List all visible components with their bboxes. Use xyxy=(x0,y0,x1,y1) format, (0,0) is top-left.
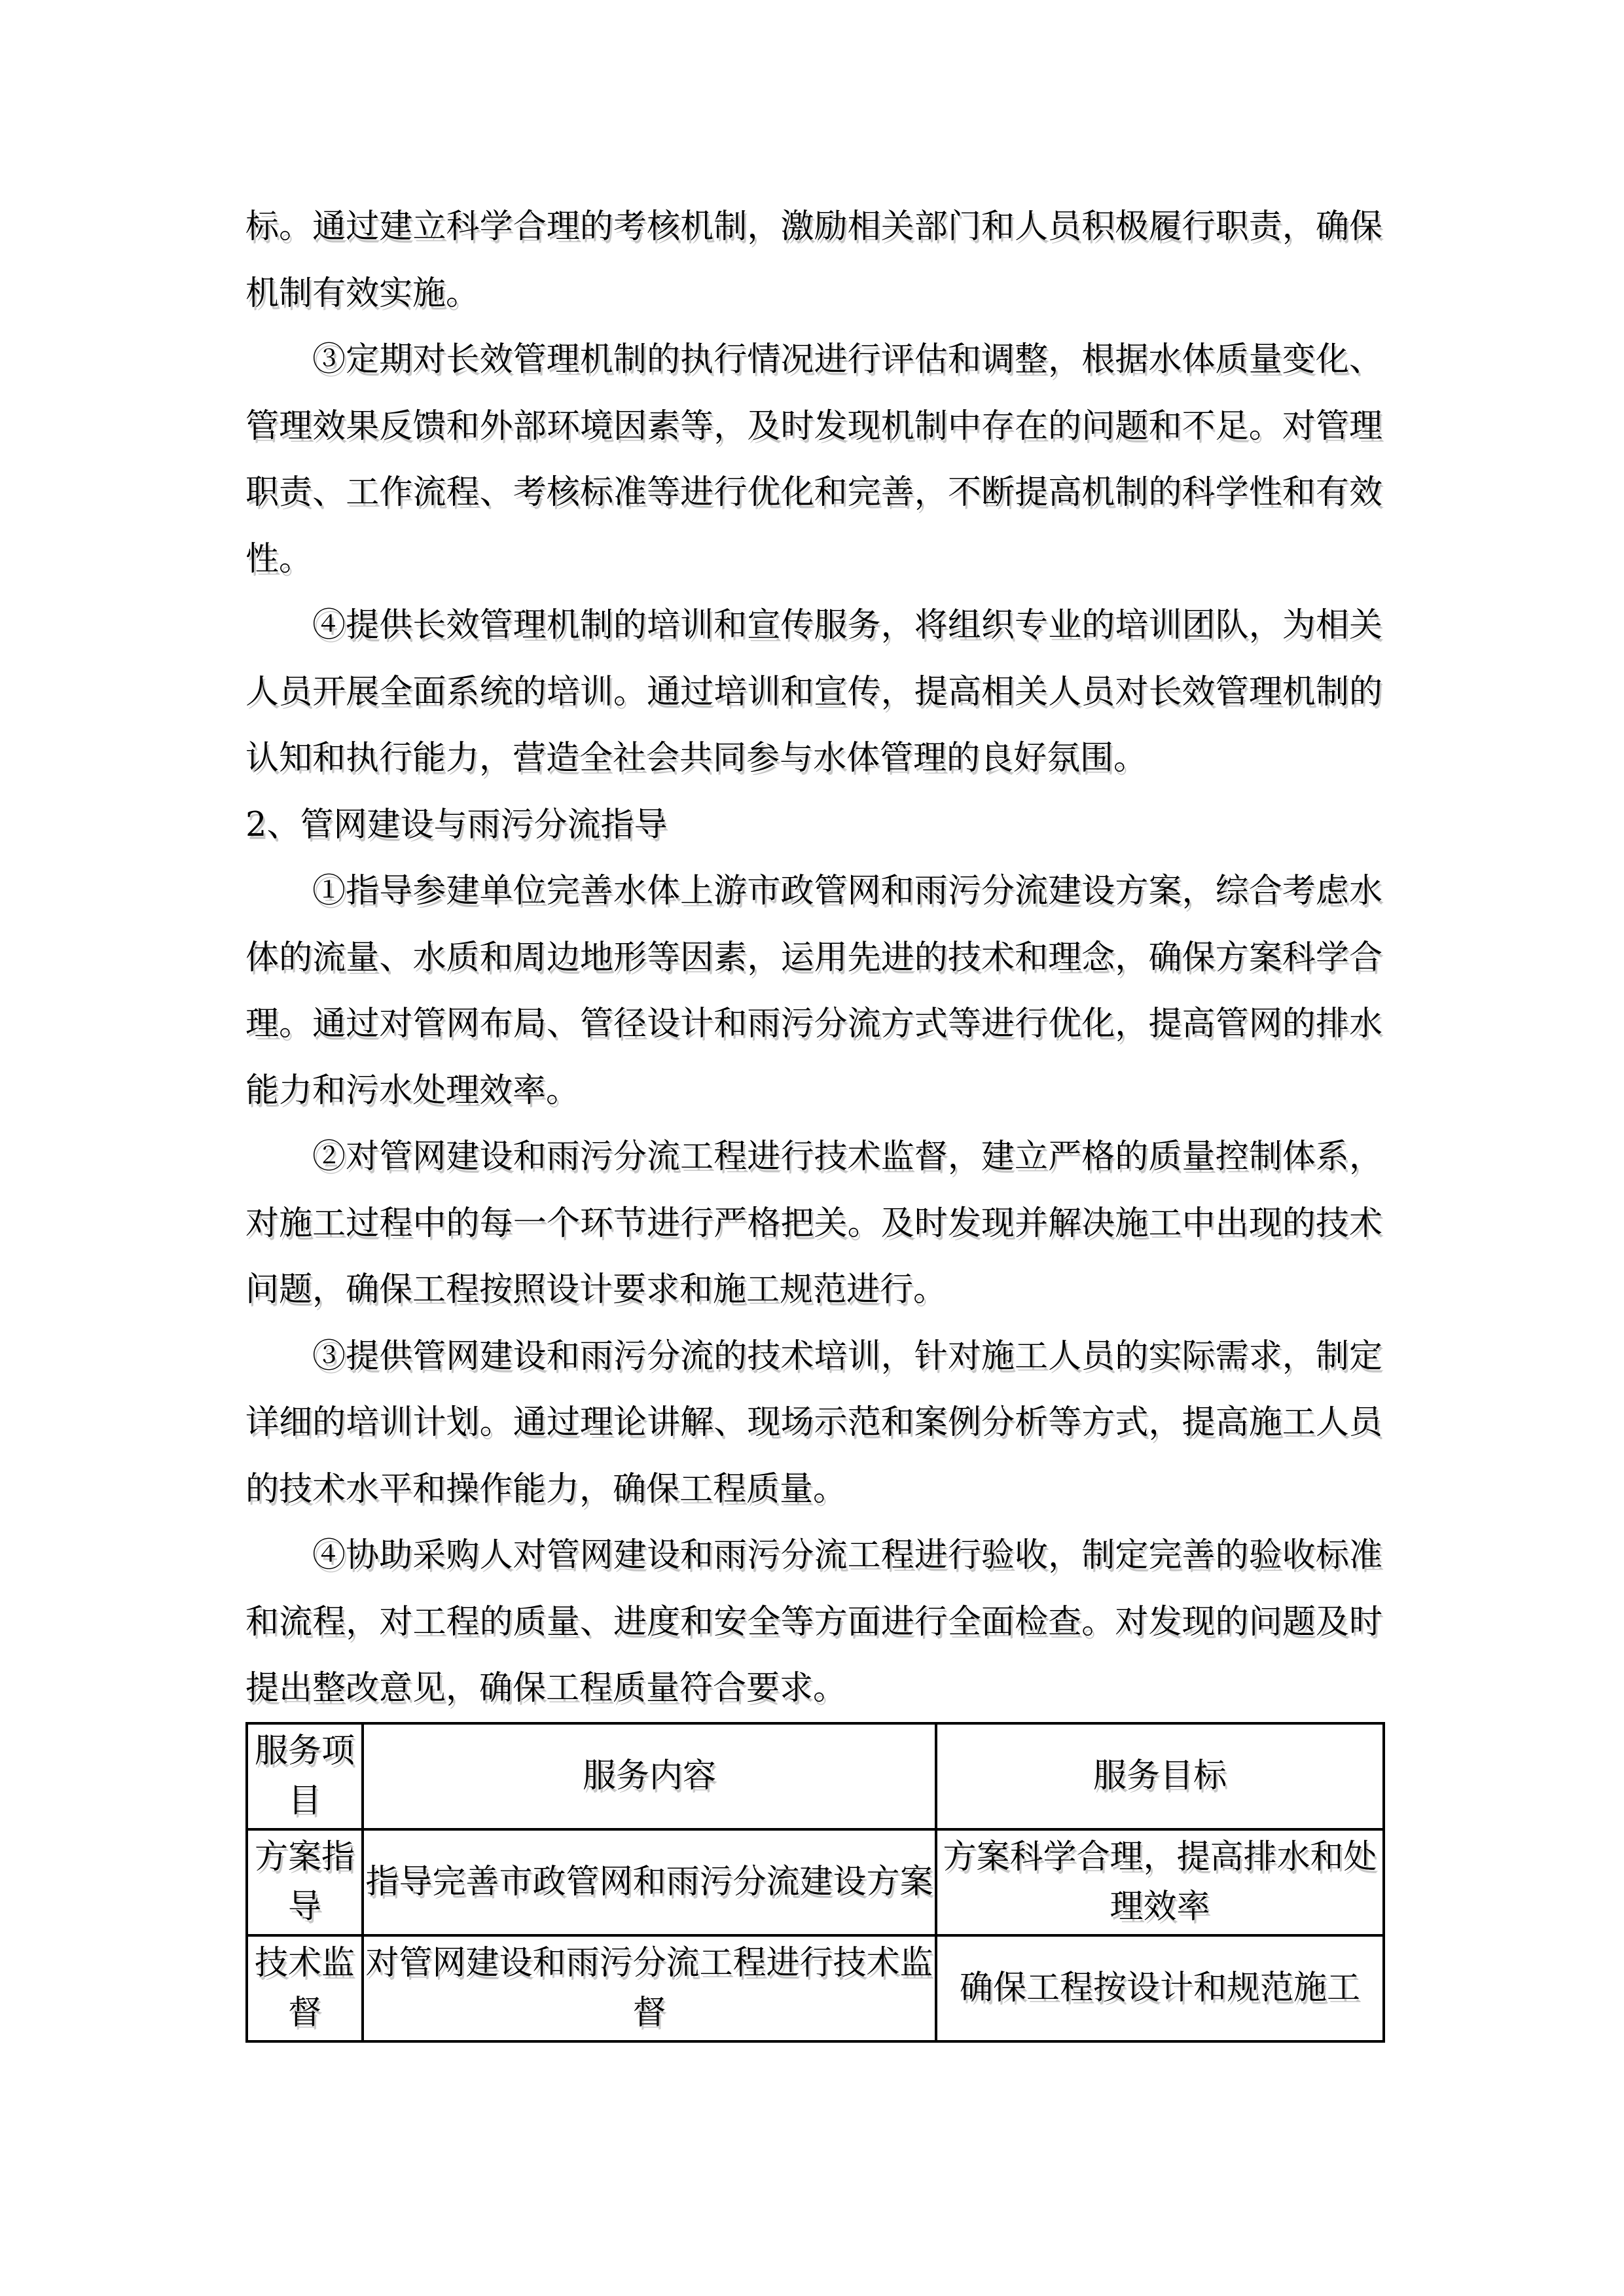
table-cell: 指导完善市政管网和雨污分流建设方案 xyxy=(363,1829,936,1935)
table-header-row: 服务项目 服务内容 服务目标 xyxy=(247,1723,1384,1829)
table-cell: 技术监督 xyxy=(247,1935,363,2041)
table-header-cell: 服务内容 xyxy=(363,1723,936,1829)
document-body: 标。通过建立科学合理的考核机制，激励相关部门和人员积极履行职责，确保机制有效实施… xyxy=(245,194,1382,2043)
table-header-cell: 服务项目 xyxy=(247,1723,363,1829)
paragraph: ③提供管网建设和雨污分流的技术培训，针对施工人员的实际需求，制定详细的培训计划。… xyxy=(245,1323,1382,1523)
paragraph: ③定期对长效管理机制的执行情况进行评估和调整，根据水体质量变化、管理效果反馈和外… xyxy=(245,327,1382,592)
paragraph: ①指导参建单位完善水体上游市政管网和雨污分流建设方案，综合考虑水体的流量、水质和… xyxy=(245,858,1382,1124)
paragraph: ④协助采购人对管网建设和雨污分流工程进行验收，制定完善的验收标准和流程，对工程的… xyxy=(245,1522,1382,1722)
paragraph: ④提供长效管理机制的培训和宣传服务，将组织专业的培训团队，为相关人员开展全面系统… xyxy=(245,592,1382,792)
table-row: 方案指导 指导完善市政管网和雨污分流建设方案 方案科学合理，提高排水和处理效率 xyxy=(247,1829,1384,1935)
document-page: 标。通过建立科学合理的考核机制，激励相关部门和人员积极履行职责，确保机制有效实施… xyxy=(0,0,1624,2296)
table-cell: 方案科学合理，提高排水和处理效率 xyxy=(936,1829,1384,1935)
paragraph: 标。通过建立科学合理的考核机制，激励相关部门和人员积极履行职责，确保机制有效实施… xyxy=(245,194,1382,327)
table-row: 技术监督 对管网建设和雨污分流工程进行技术监督 确保工程按设计和规范施工 xyxy=(247,1935,1384,2041)
table-cell: 方案指导 xyxy=(247,1829,363,1935)
table-cell: 对管网建设和雨污分流工程进行技术监督 xyxy=(363,1935,936,2041)
table-header-cell: 服务目标 xyxy=(936,1723,1384,1829)
service-table: 服务项目 服务内容 服务目标 方案指导 指导完善市政管网和雨污分流建设方案 方案… xyxy=(245,1722,1385,2043)
table-cell: 确保工程按设计和规范施工 xyxy=(936,1935,1384,2041)
section-heading: 2、管网建设与雨污分流指导 xyxy=(245,792,1382,859)
paragraph: ②对管网建设和雨污分流工程进行技术监督，建立严格的质量控制体系，对施工过程中的每… xyxy=(245,1124,1382,1323)
